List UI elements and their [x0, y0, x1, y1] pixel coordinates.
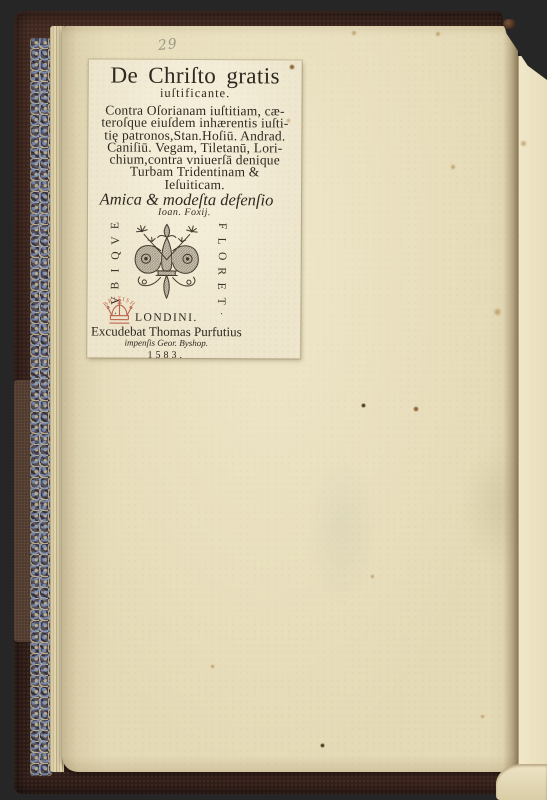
imprint: LONDINI. Excudebat Thomas Purfutius impe… [87, 311, 245, 361]
foxing-spot [361, 403, 366, 408]
motto-letter: V [110, 236, 122, 244]
book-photograph: 29 De Chriſto gratis iuſtificante. Contr… [0, 0, 547, 800]
fore-edge-pages [496, 764, 547, 800]
motto-letter: E [110, 222, 122, 229]
motto-floret: F L O R E T . [215, 220, 227, 314]
imprint-year: 1583. [87, 349, 245, 361]
foxing-spot [351, 30, 357, 36]
foxing-spot [520, 140, 527, 147]
motto-letter: R [216, 267, 228, 275]
foxing-spot [286, 118, 291, 123]
foxing-spot [320, 743, 325, 748]
clasp-remnant [503, 19, 516, 29]
motto-letter: L [216, 238, 228, 245]
imprint-place: LONDINI. [87, 311, 245, 324]
show-through-mark [307, 454, 377, 604]
foxing-spot [480, 714, 485, 719]
gutter-fold-shadow [503, 26, 518, 772]
motto-letter: E [216, 283, 228, 290]
motto-letter: T [215, 298, 227, 305]
pencil-folio-number: 29 [157, 36, 179, 54]
foxing-spot [210, 664, 215, 669]
foxing-spot [450, 164, 456, 170]
marbled-endpaper-strip [30, 38, 52, 776]
motto-letter: O [216, 252, 228, 260]
foxing-spot [289, 64, 295, 70]
title-page: 29 De Chriſto gratis iuſtificante. Contr… [62, 26, 518, 772]
foxing-spot [413, 406, 419, 412]
motto-letter: I [110, 269, 122, 273]
foxing-spot [493, 308, 502, 316]
book-subtitle: iuſtificante. [89, 85, 302, 101]
sprig-flower-left [136, 226, 155, 242]
title-statement: Contra Oſorianam iuſtitiam, cæ- teroſque… [91, 104, 298, 191]
motto-letter: F [216, 223, 228, 229]
facing-page-edge [518, 56, 547, 772]
imprint-printer: Excudebat Thomas Purfutius [87, 324, 245, 338]
motto-letter: Q [110, 251, 122, 259]
foxing-spot [435, 31, 441, 37]
printed-title-label: De Chriſto gratis iuſtificante. Contra O… [87, 59, 302, 358]
sprig-flower-right [178, 226, 197, 242]
